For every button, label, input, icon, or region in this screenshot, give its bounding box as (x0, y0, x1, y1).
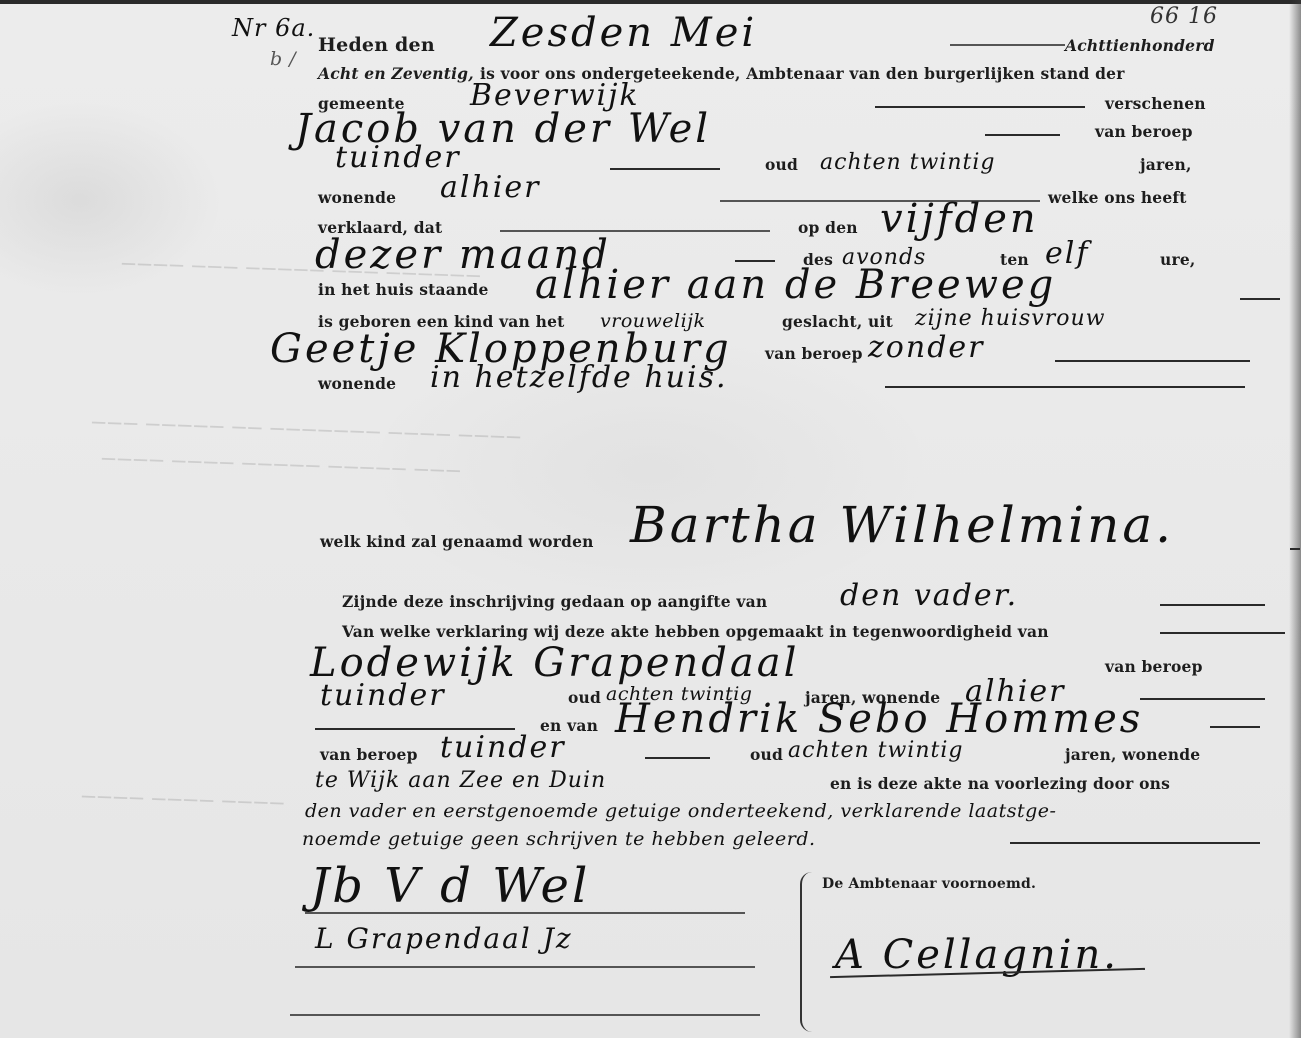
bleed-through-text: ———— ———— ——————— —— ————— ——— (90, 412, 521, 445)
printed-verklaring-clause: Van welke verklaring wij deze akte hebbe… (342, 622, 1049, 641)
signature-brace (800, 872, 816, 1032)
printed-welk-kind-genaamd: welk kind zal genaamd worden (320, 532, 594, 551)
handwritten-signing-note-2: noemde getuige geen schrijven te hebben … (302, 828, 816, 850)
printed-aangifte: Zijnde deze inschrijving gedaan op aangi… (342, 592, 767, 611)
printed-welke-ons-heeft: welke ons heeft (1048, 188, 1187, 207)
blank-line (1290, 548, 1300, 550)
printed-van-beroep: van beroep (1105, 657, 1203, 676)
handwritten-signing-note-1: den vader en eerstgenoemde getuige onder… (305, 800, 1056, 822)
handwritten-date: Zesden Mei (490, 10, 757, 56)
printed-in-het-huis-staande: in het huis staande (318, 280, 489, 299)
printed-wonende: wonende (318, 374, 396, 393)
bleed-through-text: ———— ———— ———— (80, 786, 285, 811)
handwritten-mother-residence: in hetzelfde huis. (430, 360, 728, 395)
scan-top-edge (0, 0, 1301, 4)
blank-line (950, 44, 1065, 46)
handwritten-witness2-age: achten twintig (788, 738, 963, 763)
handwritten-witness1-occupation: tuinder (320, 678, 446, 713)
printed-heden-den: Heden den (318, 34, 435, 56)
printed-oud: oud (765, 155, 798, 174)
signature-declarant: Jb V d Wel (310, 858, 590, 914)
printed-geslacht-uit: geslacht, uit (782, 312, 893, 331)
handwritten-birth-day: vijfden (880, 196, 1039, 242)
blank-line (1010, 842, 1260, 844)
printed-jaren-wonende: jaren, wonende (1065, 745, 1200, 764)
printed-verschenen: verschenen (1105, 94, 1206, 113)
blank-line (885, 386, 1245, 388)
signature-witness: L Grapendaal Jz (315, 922, 573, 955)
handwritten-witness2-occupation: tuinder (440, 730, 566, 765)
blank-line (1055, 360, 1250, 362)
handwritten-declarant: den vader. (840, 578, 1018, 613)
blank-line (1240, 298, 1280, 300)
handwritten-birth-address: alhier aan de Breeweg (535, 262, 1056, 308)
blank-line (1160, 604, 1265, 606)
printed-op-den: op den (798, 218, 858, 237)
printed-oud: oud (568, 688, 601, 707)
handwritten-child-name: Bartha Wilhelmina. (630, 496, 1174, 554)
signature-line (305, 912, 745, 914)
blank-line (645, 757, 710, 759)
record-number: Nr 6a. (232, 14, 315, 42)
printed-van-beroep: van beroep (1095, 122, 1193, 141)
blank-line (610, 168, 720, 170)
printed-voorlezing-clause: en is deze akte na voorlezing door ons (830, 774, 1170, 793)
handwritten-father-residence: alhier (440, 170, 541, 205)
blank-line (1160, 632, 1285, 634)
handwritten-father-age: achten twintig (820, 150, 995, 175)
printed-year-words: Acht en Zeventig, (318, 64, 474, 83)
printed-achttienhonderd: Achttienhonderd (1065, 36, 1215, 55)
page-reference: 66 16 (1150, 4, 1218, 29)
signature-line (295, 966, 755, 968)
blank-line (1210, 726, 1260, 728)
scan-right-edge (1289, 0, 1301, 1038)
handwritten-relationship: zijne huisvrouw (915, 306, 1105, 331)
official-label: De Ambtenaar voornoemd. (822, 876, 1036, 892)
printed-van-beroep: van beroep (320, 745, 418, 764)
handwritten-witness2-name: Hendrik Sebo Hommes (615, 696, 1143, 742)
bleed-through-text: ——— ————— ————— ———— ———— (100, 449, 461, 480)
signature-line (290, 1014, 760, 1016)
handwritten-mother-occupation: zonder (868, 330, 985, 365)
margin-mark: b / (270, 48, 296, 70)
scanned-birth-certificate: —————— ——— ————— ——— ———— ———— ———— ————… (0, 0, 1301, 1038)
handwritten-witness2-residence: te Wijk aan Zee en Duin (315, 768, 606, 793)
printed-van-beroep: van beroep (765, 344, 863, 363)
printed-jaren: jaren, (1140, 155, 1192, 174)
printed-wonende: wonende (318, 188, 396, 207)
printed-ure: ure, (1160, 250, 1196, 269)
blank-line (875, 106, 1085, 108)
blank-line (1140, 698, 1265, 700)
blank-line (985, 134, 1060, 136)
printed-oud: oud (750, 745, 783, 764)
